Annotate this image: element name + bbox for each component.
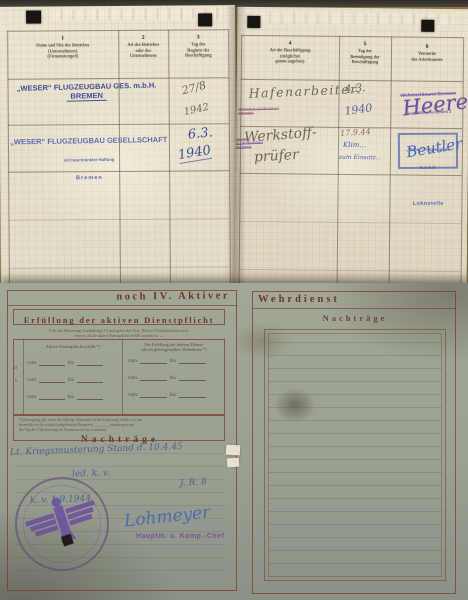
grid-line	[389, 36, 393, 284]
punch-hole	[421, 20, 434, 32]
firm-stamp-weser-gesellschaft: „WESER“ FLUGZEUGBAU GESELLSCHAFT mit bes…	[10, 129, 169, 185]
column-header-2: 2 Art des Betriebes oder des Unternehmen…	[120, 36, 166, 59]
eagle-swastika-icon	[25, 487, 103, 565]
left-box-title: Aktive Dienstpflicht erfüllt *)	[27, 344, 119, 349]
header-rule	[7, 305, 237, 306]
column-divider-rule	[122, 339, 123, 415]
rank-stamp-text: Hauptm. u. Komp.-Chef	[136, 533, 224, 540]
column-header-1: 1 Name und Sitz des Betriebes (Unternehm…	[9, 36, 116, 59]
grid-line	[239, 269, 461, 272]
start-date-entry-2: 6.3.	[187, 125, 213, 142]
column-header-5: 5 Tag der Beendigung der Beschäftigung	[341, 42, 389, 65]
punch-hole	[247, 16, 260, 28]
right-box-title: Der Erfüllung der aktiven Dienst- pflich…	[126, 342, 222, 352]
nachtraege-heading-right: Nachträge	[300, 313, 410, 323]
margin-column-rule	[23, 339, 24, 415]
ruled-area	[268, 333, 442, 577]
photo-background: 1 Name und Sitz des Betriebes (Unternehm…	[0, 0, 468, 600]
vom-bis-row: vom bis	[128, 359, 220, 364]
section-header-right: Wehrdienst	[258, 294, 340, 305]
section-header-left: noch IV. Aktiver	[110, 290, 230, 302]
vom-bis-row: vom bis	[128, 393, 220, 398]
grid-line	[239, 221, 461, 224]
header-rule	[252, 308, 456, 309]
column-header-6: 6 Vermerke des Arbeitsamtes	[393, 44, 461, 62]
section-title-box: Erfüllung der aktiven Dienstpflicht	[13, 309, 225, 325]
end-note-handwriting-2: zum Einsatz…	[339, 154, 382, 161]
inner-frame	[264, 329, 446, 581]
paper-scrap	[226, 445, 241, 456]
paper-scrap	[227, 458, 240, 468]
occupation-entry-2-line2: prüfer	[253, 147, 299, 166]
wehrpass-spread: noch IV. Aktiver Erfüllung der aktiven D…	[0, 283, 468, 600]
vom-bis-row: vom bis	[128, 376, 220, 381]
vom-bis-row: vom bis	[27, 361, 117, 366]
grid-line	[461, 37, 465, 285]
column-header-3: 3 Tag des Beginns der Beschäftigung	[170, 35, 226, 58]
grid-line	[241, 35, 463, 38]
vom-bis-row: vom bis	[27, 395, 117, 400]
eagle-stamp	[15, 477, 109, 571]
grid-line	[168, 30, 171, 286]
nachtraege-handwriting-3: J. R. 8	[180, 477, 207, 488]
arbeitsbuch-right-page: 4 Art der Beschäftigung (möglichst genau…	[235, 7, 468, 291]
end-note-handwriting-1: Klim…	[343, 141, 366, 149]
punch-hole	[26, 11, 41, 24]
end-year-entry-1: 1940	[344, 101, 373, 117]
end-date-entry-1: 4.3.	[344, 81, 366, 96]
column-header-4: 4 Art der Beschäftigung (möglichst genau…	[243, 41, 337, 65]
start-date-entry-1: 27/8	[180, 79, 207, 98]
nachtraege-handwriting-2: led. k. v.	[72, 468, 110, 479]
arbeitsbuch-left-page: 1 Name und Sitz des Betriebes (Unternehm…	[0, 5, 237, 291]
vom-bis-row: vom bis	[27, 378, 117, 383]
start-year-entry-2: 1940	[177, 143, 212, 164]
margin-mark-1: 43	[13, 365, 17, 370]
firm-stamp-weser-gmbh: „WESER“ FLUGZEUGBAU GES. m.b.H. BREMEN	[11, 80, 161, 103]
margin-mark-2: b	[15, 378, 17, 383]
start-year-entry-1: 1942	[183, 102, 210, 118]
punch-hole	[198, 13, 212, 26]
page-gutter-shadow	[226, 6, 246, 284]
intro-small-print: Falls bei Musterung (Aushebung) 19 und s…	[17, 328, 221, 338]
footnote-small-print: *) Eintragung gilt, wenn die 2jährige Di…	[19, 418, 219, 434]
end-date-entry-2: 17.9.44	[340, 127, 371, 138]
occupation-entry-2-line1: Werkstoff-	[244, 124, 318, 146]
